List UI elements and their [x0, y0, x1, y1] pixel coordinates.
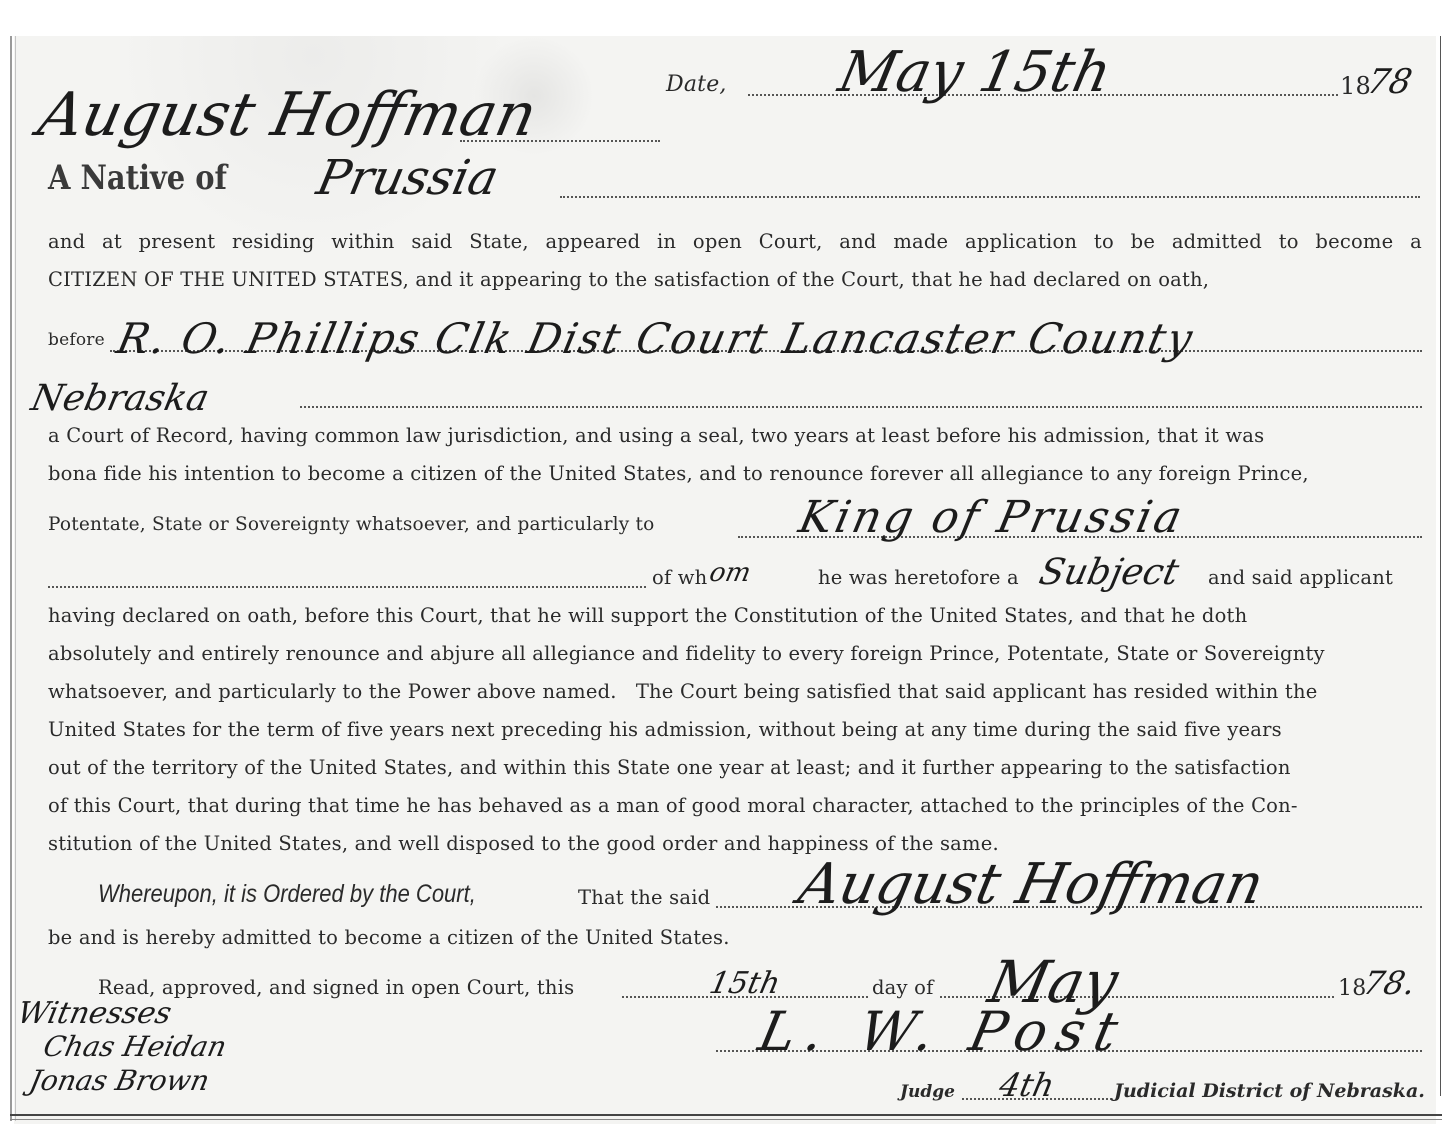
- word: to: [1094, 230, 1114, 253]
- body-line-1: andatpresentresidingwithinsaidState,appe…: [48, 230, 1422, 253]
- before-handwritten-1: R. O. Phillips Clk Dist Court Lancaster …: [113, 314, 1199, 363]
- word: a: [1410, 230, 1422, 253]
- name-line: [460, 140, 660, 142]
- order-handwritten-name: August Hoffman: [793, 852, 1269, 917]
- left-border-inner: [15, 36, 16, 1121]
- word: within: [331, 230, 394, 253]
- witnesses-label: Witnesses: [14, 996, 174, 1031]
- body-line-9: out of the territory of the United State…: [48, 756, 1291, 779]
- before-line-2: [300, 406, 1422, 408]
- bottom-border: [10, 1114, 1442, 1116]
- before-handwritten-2: Nebraska: [28, 378, 213, 419]
- subject-handwritten-om: om: [707, 558, 754, 588]
- body-line-3: a Court of Record, having common law jur…: [48, 424, 1264, 447]
- judge-label: Judge: [900, 1082, 955, 1102]
- word: admitted: [1172, 230, 1262, 253]
- word: in: [657, 230, 676, 253]
- native-of-line: [560, 196, 1420, 198]
- right-border: [1440, 36, 1441, 1096]
- word: at: [102, 230, 122, 253]
- body-line-8: United States for the term of five years…: [48, 718, 1282, 741]
- judicial-district-label: Judicial District of Nebraska.: [1114, 1080, 1425, 1102]
- signed-year-suffix: 78.: [1360, 964, 1419, 1002]
- date-handwritten: May 15th: [833, 40, 1117, 105]
- before-label: before: [48, 330, 105, 350]
- sovereign-handwritten: King of Prussia: [795, 492, 1189, 543]
- judge-district-handwritten: 4th: [996, 1066, 1058, 1104]
- word: appeared: [546, 230, 641, 253]
- word: said: [411, 230, 452, 253]
- body-line-10: of this Court, that during that time he …: [48, 794, 1298, 817]
- subject-text-end: and said applicant: [1208, 566, 1393, 589]
- word: residing: [232, 230, 314, 253]
- date-year-suffix: 78: [1364, 62, 1416, 102]
- body-line-7: whatsoever, and particularly to the Powe…: [48, 680, 1317, 703]
- day-of-label: day of: [872, 976, 933, 999]
- date-label: Date,: [666, 72, 727, 97]
- word: and: [48, 230, 85, 253]
- word: become: [1315, 230, 1393, 253]
- admitted-line: be and is hereby admitted to become a ci…: [48, 926, 730, 949]
- subject-text-mid: he was heretofore a: [818, 566, 1019, 589]
- word: present: [139, 230, 216, 253]
- witness-1: Chas Heidan: [40, 1030, 229, 1063]
- word: open: [693, 230, 742, 253]
- body-line-5: having declared on oath, before this Cou…: [48, 604, 1247, 627]
- word: application: [965, 230, 1077, 253]
- native-of-label: A Native of: [48, 158, 227, 198]
- bottom-border-inner: [10, 1119, 1442, 1120]
- subject-of-wh: of wh: [652, 566, 707, 589]
- order-italic-label: Whereupon, it is Ordered by the Court,: [98, 880, 476, 909]
- subject-handwritten: Subject: [1036, 552, 1183, 593]
- witness-2: Jonas Brown: [26, 1064, 212, 1097]
- word: Court,: [759, 230, 823, 253]
- subject-blank-line: [48, 586, 646, 588]
- judge-signature: L. W. Post: [753, 1000, 1133, 1063]
- word: and: [839, 230, 876, 253]
- word: State,: [469, 230, 529, 253]
- word: to: [1279, 230, 1299, 253]
- word: made: [893, 230, 948, 253]
- left-border: [10, 36, 12, 1121]
- native-of-handwritten: Prussia: [312, 150, 503, 206]
- word: be: [1131, 230, 1155, 253]
- sovereign-label: Potentate, State or Sovereignty whatsoev…: [48, 514, 654, 535]
- body-line-2: CITIZEN OF THE UNITED STATES, and it app…: [48, 268, 1209, 291]
- body-line-4: bona fide his intention to become a citi…: [48, 462, 1309, 485]
- signed-handwritten-day: 15th: [706, 966, 783, 1001]
- body-line-6: absolutely and entirely renounce and abj…: [48, 642, 1325, 665]
- order-text: That the said: [578, 886, 710, 909]
